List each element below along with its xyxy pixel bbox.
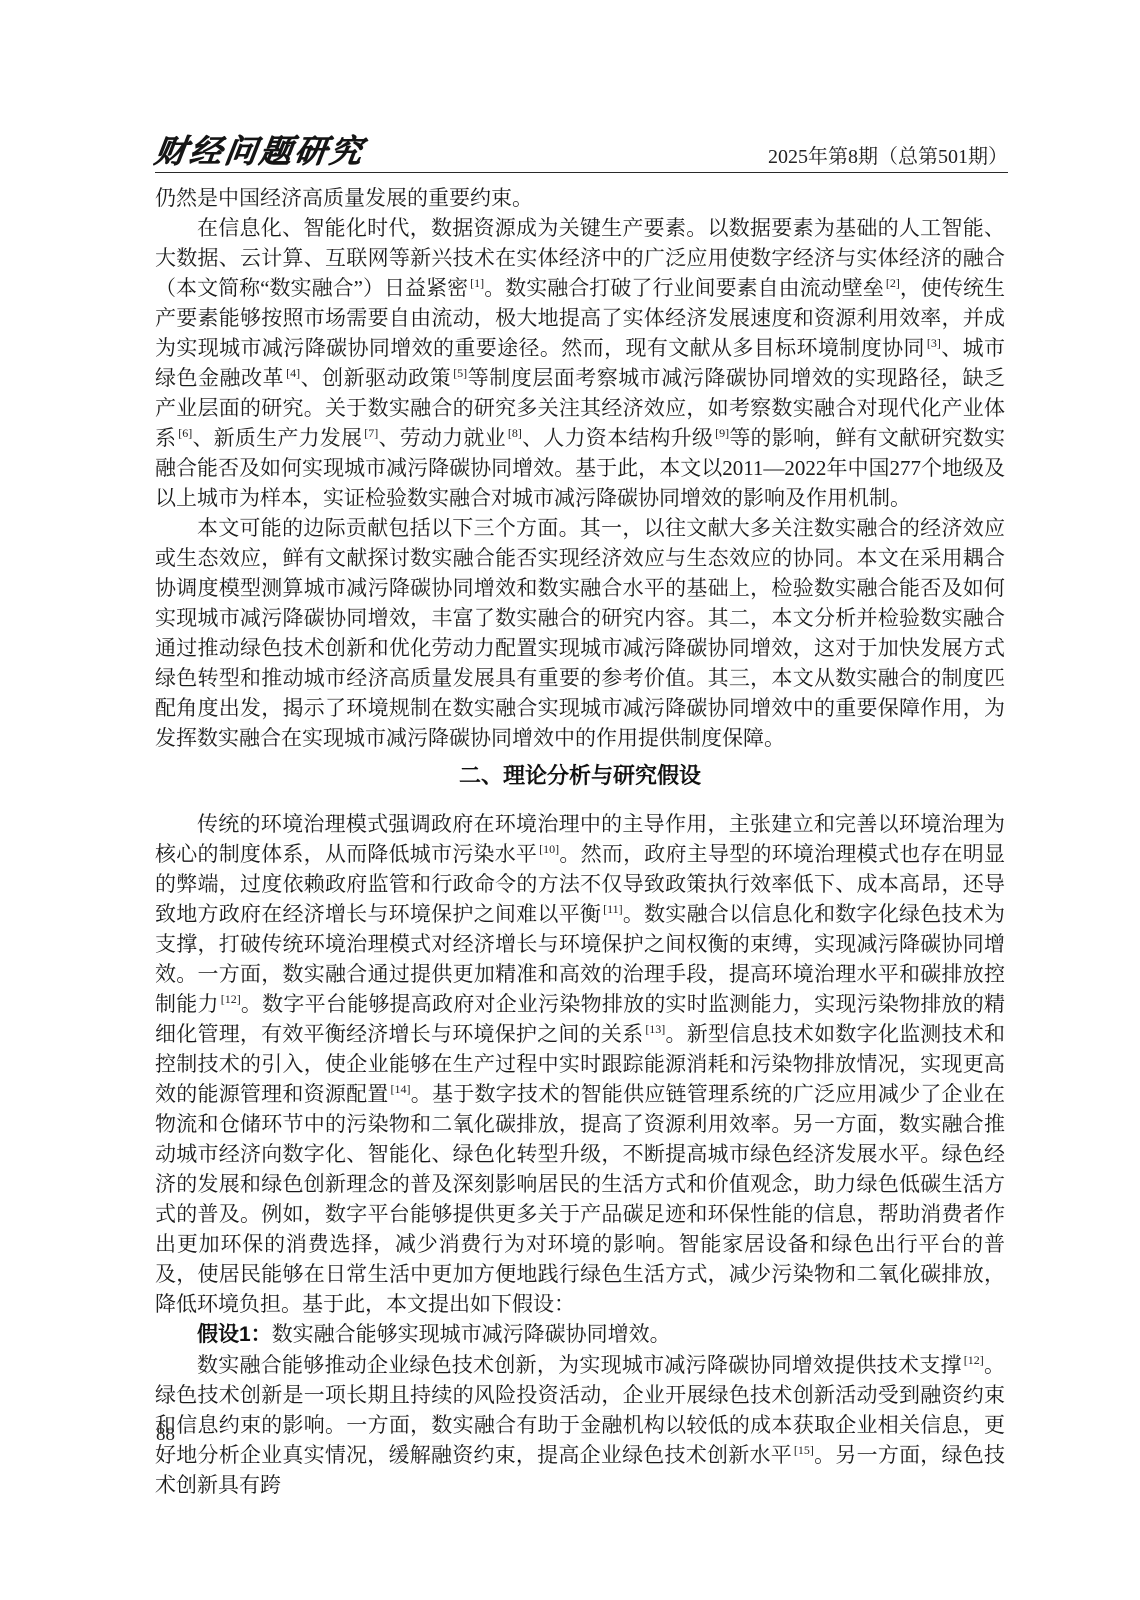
citation-ref: [6]: [178, 426, 192, 440]
citation-ref: [4]: [286, 366, 300, 380]
citation-ref: [13]: [645, 1022, 665, 1036]
journal-page: 财经问题研究 2025年第8期（总第501期） 仍然是中国经济高质量发展的重要约…: [0, 0, 1140, 1600]
text-run: 数实融合能够推动企业绿色技术创新，为实现城市减污降碳协同增效提供技术支撑: [197, 1353, 962, 1377]
issue-info: 2025年第8期（总第501期）: [768, 140, 1008, 172]
citation-ref: [12]: [964, 1353, 984, 1367]
citation-ref: [1]: [470, 276, 484, 290]
citation-ref: [11]: [603, 902, 623, 916]
para-theory-analysis: 传统的环境治理模式强调政府在环境治理中的主导作用，主张建立和完善以环境治理为核心…: [155, 809, 1005, 1319]
text-run: 本文可能的边际贡献包括以下三个方面。其一，以往文献大多关注数实融合的经济效应或生…: [155, 516, 1005, 750]
page-number: 88: [156, 1424, 175, 1446]
header-divider: [155, 172, 1008, 173]
citation-ref: [7]: [364, 426, 378, 440]
article-body: 仍然是中国经济高质量发展的重要约束。在信息化、智能化时代，数据资源成为关键生产要…: [155, 183, 1005, 1500]
text-run: 仍然是中国经济高质量发展的重要约束。: [155, 186, 533, 210]
para-mechanism-green-tech: 数实融合能够推动企业绿色技术创新，为实现城市减污降碳协同增效提供技术支撑[12]…: [155, 1350, 1005, 1500]
citation-ref: [14]: [391, 1082, 411, 1096]
citation-ref: [12]: [221, 992, 241, 1006]
citation-ref: [2]: [886, 276, 900, 290]
text-run: 数实融合能够实现城市减污降碳协同增效。: [272, 1322, 671, 1346]
para-intro-background: 在信息化、智能化时代，数据资源成为关键生产要素。以数据要素为基础的人工智能、大数…: [155, 213, 1005, 513]
para-hypothesis-1: 假设1：数实融合能够实现城市减污降碳协同增效。: [155, 1319, 1005, 1350]
text-run: 、劳动力就业: [378, 426, 506, 450]
hypothesis-label: 假设1：: [197, 1323, 272, 1346]
citation-ref: [10]: [539, 842, 559, 856]
journal-logo: 财经问题研究: [152, 126, 368, 172]
heading-section-2: 二、理论分析与研究假设: [155, 761, 1005, 791]
text-run: 、新质生产力发展: [192, 426, 362, 450]
citation-ref: [3]: [927, 336, 941, 350]
citation-ref: [15]: [794, 1443, 814, 1457]
citation-ref: [8]: [508, 426, 522, 440]
para-contributions: 本文可能的边际贡献包括以下三个方面。其一，以往文献大多关注数实融合的经济效应或生…: [155, 513, 1005, 753]
page-header: 财经问题研究 2025年第8期（总第501期）: [155, 128, 1008, 172]
text-run: 。基于数字技术的智能供应链管理系统的广泛应用减少了企业在物流和仓储环节中的污染物…: [155, 1082, 1005, 1316]
text-run: 、创新驱动政策: [300, 366, 451, 390]
citation-ref: [5]: [453, 366, 467, 380]
citation-ref: [9]: [715, 426, 729, 440]
para-continuation: 仍然是中国经济高质量发展的重要约束。: [155, 183, 1005, 213]
text-run: 。数实融合打破了行业间要素自由流动壁垒: [484, 276, 884, 300]
text-run: 、人力资本结构升级: [522, 426, 713, 450]
